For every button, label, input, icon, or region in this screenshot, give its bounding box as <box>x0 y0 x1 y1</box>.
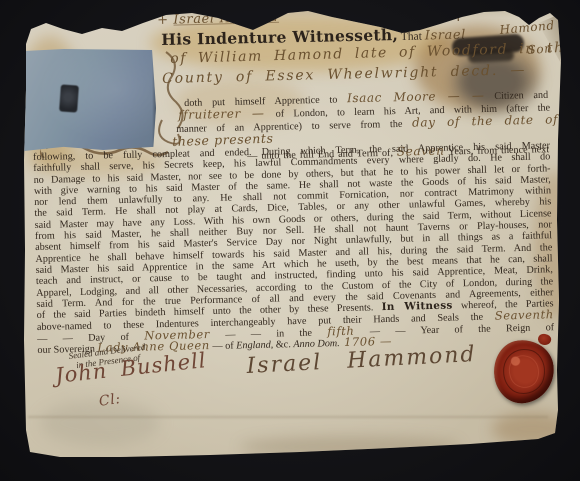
cross-mark-icon: + <box>157 13 169 28</box>
annotation-name-text: Israel Hamond <box>173 10 279 28</box>
embossed-stamp-mark-icon <box>59 84 79 112</box>
circle-mark-icon: O <box>391 16 402 31</box>
cross-mark-icon: + <box>452 7 465 25</box>
blue-duty-stamp-patch <box>24 49 156 151</box>
handwritten-text: day of the date of <box>412 112 558 129</box>
stain <box>240 436 460 458</box>
body-lines: following, to be fully compleat and ende… <box>33 140 554 355</box>
patch-torn-edge <box>152 49 156 151</box>
witness-mark: Cl: <box>98 391 122 410</box>
photograph-stage: + Israel Hamond O + His Indenture Witnes… <box>0 0 580 481</box>
printed-text: &c. <box>273 339 293 350</box>
printed-text: England, <box>236 340 273 352</box>
title-roman: That <box>398 30 425 43</box>
crease-line <box>28 416 548 418</box>
red-wax-seal-icon <box>490 337 557 407</box>
parchment-document: + Israel Hamond O + His Indenture Witnes… <box>0 0 580 481</box>
printed-text: — of <box>210 340 237 352</box>
printed-text: Anno Dom. <box>293 338 340 350</box>
top-annotation-name: + Israel Hamond <box>157 10 279 28</box>
